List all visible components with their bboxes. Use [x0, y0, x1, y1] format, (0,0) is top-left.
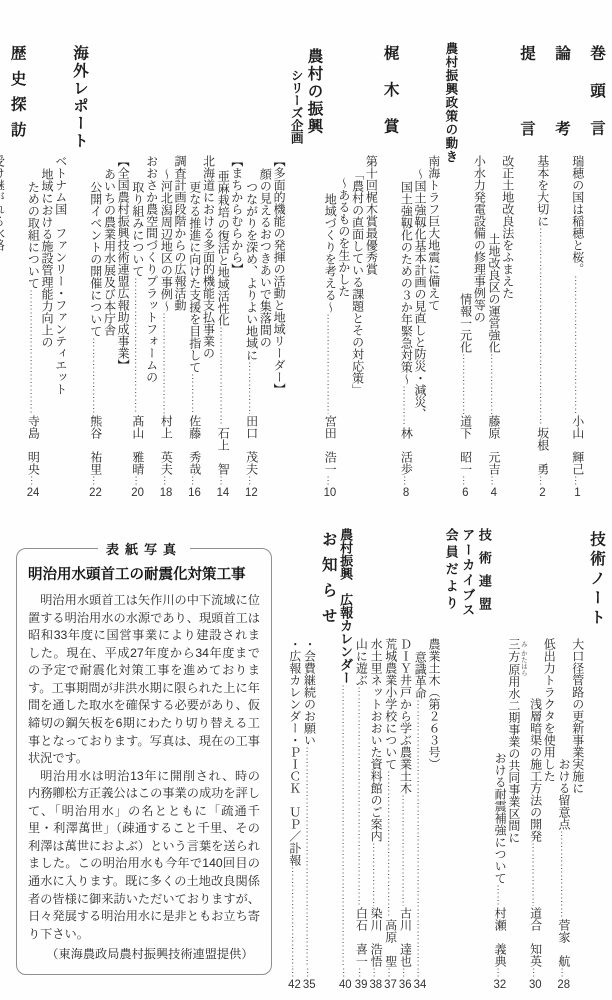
entry-title-text: 農村振興 広報カレンダー — [338, 528, 352, 684]
toc-entry-line: 情報一元化……………………………………………………………………………………………… — [459, 42, 472, 498]
cover-photo-box: 表紙写真 明治用水頭首工の耐震化対策工事 明治用水頭首工は矢作川の中下流域に位置… — [16, 548, 272, 975]
author-name: 白石 喜一 — [355, 907, 368, 967]
entry-title-text: おける留意点 — [557, 758, 570, 830]
section-heading-line: 会員だより — [444, 528, 458, 990]
entry-title-text: ための取組について — [27, 181, 40, 289]
entry-title-text: 低出力トラクタを使用した — [543, 638, 556, 782]
entry-title-text: 水土里ネットおおいた資料館のご案内 — [369, 638, 382, 842]
entry-title-text: 意識革命 — [414, 651, 427, 699]
dot-leader: …………………………………………………………………………………………………………… — [246, 361, 257, 414]
dot-leader: …………………………………………………………………………………………………………… — [400, 385, 411, 426]
toc-entry-line: つながりを深め、よりよい地域に…………………………………………………………………… — [245, 42, 258, 498]
section-heading: 梶木賞 — [381, 42, 397, 498]
page-number: 14 — [217, 487, 229, 499]
dot-separator: … — [90, 475, 102, 486]
author-name: 林 活歩 — [400, 427, 413, 475]
toc-entry-line: 国土強靱化のための３か年緊急対策～……………………………………………………………… — [400, 42, 413, 498]
dot-leader: …………………………………………………………………………………………………………… — [304, 746, 315, 967]
toc-entry: 農村振興 広報カレンダー…………………………………………………………………………… — [338, 528, 352, 990]
entry-title-text: ・会費継続のお願い — [303, 638, 316, 746]
toc-entry: 北海道における多面的機能支払事業の更なる推進に向けた支援を目指して…………………… — [188, 42, 214, 498]
section-heading: 提言 — [518, 42, 534, 498]
toc-entry: 瑞穂の国は稲穂と桜。………………………………………………………………………………… — [571, 42, 584, 498]
toc-entry: 【まちからむらから】亜麻栽培の復活と地域活性化……………………………………………… — [216, 42, 242, 498]
toc-entry-line: 低出力トラクタを使用した — [543, 528, 556, 990]
entry-title-text: 瑞穂の国は稲穂と桜。 — [571, 155, 584, 275]
dot-leader: …………………………………………………………………………………………………………… — [494, 884, 505, 906]
section-heading-line: 巻頭言 — [588, 42, 604, 498]
entry-title-text: ～あるものを生かした — [337, 177, 350, 297]
entry-title-text: ＤＩＹ井戸から学ぶ農業土木 — [399, 638, 412, 794]
cover-photo-title: 明治用水頭首工の耐震化対策工事 — [28, 563, 260, 584]
toc-entry-line: 調査計画段階からの広報活動 — [173, 42, 186, 498]
dot-leader: …………………………………………………………………………………………………………… — [460, 353, 471, 414]
entry-title-text: 地域における施設管理能力向上の — [40, 168, 53, 348]
dot-separator: … — [355, 967, 367, 978]
section-heading-line: シリーズ企画 — [289, 42, 302, 498]
toc-entry-line: 亜麻栽培の復活と地域活性化………………………………………………………………………… — [216, 42, 229, 498]
toc-entry-line: 公開イベントの開催について………………………………………………………………………… — [89, 42, 102, 498]
dot-separator: … — [370, 967, 382, 978]
page-number: 8 — [400, 487, 412, 499]
dot-separator: … — [303, 967, 315, 978]
toc-entry-line: 水土里ネットおおいた資料館のご案内……………………………………………………………… — [369, 528, 382, 990]
entry-title-text: ～河北潟周辺地区の事例～ — [160, 168, 173, 312]
toc-entry-line: おおさか農空間づくりプラットフォームの — [145, 42, 158, 498]
page-number: 12 — [245, 487, 257, 499]
section-heading: 農村の振興シリーズ企画 — [289, 42, 321, 498]
page-number: 35 — [303, 979, 315, 991]
section-heading-line: 農村振興政策の動き — [444, 42, 457, 498]
toc-entry-line: 地域づくりを考える～………………………………………………………………………………… — [323, 42, 336, 498]
dot-leader: …………………………………………………………………………………………………………… — [572, 275, 583, 414]
toc-entry-line: ～河北潟周辺地区の事例～…………………………………………………………………………… — [160, 42, 173, 498]
toc-entry-line: 意識革命………………………………………………………………………………………………… — [414, 528, 427, 990]
author-name: 高原 聖 — [384, 919, 397, 967]
toc-entry-line: 基本を大切に…………………………………………………………………………………………… — [536, 42, 549, 498]
page-number: 36 — [399, 979, 411, 991]
entry-title-text: 【全国農村振興技術連盟広報助成事業】 — [116, 155, 129, 371]
dot-leader: …………………………………………………………………………………………………………… — [189, 373, 200, 414]
entry-title-text: ・広報カレンダー・ＰＩＣＫ ＵＰ／訃報 — [288, 638, 301, 866]
entry-title-text: 【まちからむらから】 — [230, 155, 243, 275]
page-number: 42 — [288, 979, 300, 991]
dot-separator: … — [160, 475, 172, 486]
dot-leader: …………………………………………………………………………………………………………… — [289, 866, 300, 967]
toc-entry-line: ～あるものを生かした — [337, 42, 350, 498]
section-rekishi: 歴史探訪受け継がれる水路～大正用水の歴史～…………………………………………………… — [0, 42, 25, 498]
dot-separator: … — [27, 475, 39, 486]
entry-title-text: おおさか農空間づくりプラットフォームの — [145, 155, 158, 383]
toc-entry-line: 山に遊ぶ………………………………………………………………………………………………… — [355, 528, 368, 990]
section-heading-line: 農村の振興 — [305, 42, 321, 498]
page-number: 32 — [494, 979, 506, 991]
dot-separator: … — [400, 475, 412, 486]
section-heading: 歴史探訪 — [8, 42, 24, 498]
page-number: 38 — [370, 979, 382, 991]
author-name: 菅家 航 — [557, 919, 570, 967]
toc-entry: ベトナム国 ファンリー・ファンティエット地域における施設管理能力向上のための取組… — [27, 42, 67, 498]
section-heading: 技術ノート — [588, 528, 604, 990]
dot-separator: … — [529, 967, 541, 978]
toc-entry: おおさか農空間づくりプラットフォームの取り組みについて…………………………………… — [131, 42, 157, 498]
toc-entry-line: おける耐震補強について……………………………………………………………………………… — [493, 528, 506, 990]
entry-title-text: 南海トラフ巨大地震に備えて — [427, 155, 440, 311]
section-heading-line: 海外レポート — [71, 42, 87, 498]
dot-separator: … — [289, 967, 301, 978]
toc-entry-line: ・広報カレンダー・ＰＩＣＫ ＵＰ／訃報………………………………………………………… — [288, 528, 301, 990]
entry-title-text: つながりを深め、よりよい地域に — [245, 181, 258, 361]
section-koho-calendar: 農村振興 広報カレンダー…………………………………………………………………………… — [336, 528, 352, 990]
dot-separator: … — [494, 967, 506, 978]
toc-entry: 山に遊ぶ………………………………………………………………………………………………… — [355, 528, 368, 990]
entry-title-text: おける耐震補強について — [493, 752, 506, 884]
entry-title-text: ～国土強靱化基本計画の見直しと防災・減災、 — [413, 168, 426, 420]
dot-separator: … — [488, 475, 500, 486]
dot-separator: … — [217, 475, 229, 486]
cover-photo-paragraph: 明治用水は明治13年に開削され、時の内務卿松方正義公はこの事業の成功を評して、「… — [28, 768, 260, 944]
dot-separator: … — [558, 967, 570, 978]
cover-photo-paragraph: 明治用水頭首工は矢作川の中下流域に位置する明治用水の水源であり、現頭首工は昭和3… — [28, 592, 260, 768]
entry-title-text: 荒城農業小学校について — [384, 638, 397, 770]
entry-title-text: 第十回梶木賞最優秀賞 — [365, 155, 378, 275]
dot-separator: … — [414, 967, 426, 978]
toc-entry-line: 【まちからむらから】 — [230, 42, 243, 498]
author-name: 村瀬 義典 — [493, 907, 506, 967]
entry-title-text: 調査計画段階からの広報活動 — [173, 155, 186, 311]
section-kaigai: 海外レポートベトナム国 ファンリー・ファンティエット地域における施設管理能力向上… — [25, 42, 87, 498]
section-heading: 論考 — [553, 42, 569, 498]
dot-leader: …………………………………………………………………………………………………………… — [370, 842, 381, 906]
entry-title-text: 大口径管路の更新事業実施に — [571, 638, 584, 794]
author-name: 熊谷 祐里 — [89, 415, 102, 475]
dot-leader: …………………………………………………………………………………………………………… — [414, 699, 425, 967]
section-renmei-archives: 技術連盟アーカイブス会員だより農業土木（第２６３号）意識革命…………………………… — [353, 528, 491, 990]
page-number: 39 — [355, 979, 367, 991]
entry-title-text: 基本を大切に — [536, 155, 549, 227]
entry-title-text: 改正土地改良法をふまえた — [501, 155, 514, 299]
toc-entry-line: 【全国農村振興技術連盟広報助成事業】 — [116, 42, 129, 498]
dot-leader: …………………………………………………………………………………………………………… — [558, 830, 569, 918]
author-name: 染川 浩悟 — [369, 907, 382, 967]
section-heading: 海外レポート — [71, 42, 87, 498]
toc-entry: 水土里ネットおおいた資料館のご案内……………………………………………………………… — [369, 528, 382, 990]
entry-title-text: 土地改良区の運営強化 — [487, 233, 500, 353]
toc-entry: 第十回梶木賞最優秀賞「農村の直面している課題とその対応策」～あるものを生かした地… — [323, 42, 377, 498]
dot-separator: … — [572, 475, 584, 486]
section-oshirase: お知らせ・会費継続のお願い………………………………………………………………………… — [286, 528, 336, 990]
entry-title-text: 北海道における多面的機能支払事業の — [202, 155, 215, 359]
dot-leader: …………………………………………………………………………………………………………… — [90, 337, 101, 414]
toc-entry-line: 「農村の直面している課題とその対応策」 — [351, 42, 364, 498]
dot-separator: … — [537, 475, 549, 486]
toc-entry-line: 第十回梶木賞最優秀賞 — [365, 42, 378, 498]
entry-title-text: 浅層暗渠の施工方法の開発 — [529, 698, 542, 842]
entry-title-text: 三み方かた原はら用水二期事業の共同事業区間に — [507, 638, 527, 844]
page-number: 40 — [339, 979, 351, 991]
page-number: 4 — [488, 487, 500, 499]
toc-entry: 【全国農村振興技術連盟広報助成事業】あいちの農業用水展及び本庁舎公開イベントの開… — [89, 42, 129, 498]
section-kantogen: 巻頭言瑞穂の国は稲穂と桜。………………………………………………………………………… — [569, 42, 604, 498]
entry-title-text: 山に遊ぶ — [355, 638, 368, 686]
toc-entry: 荒城農業小学校について……………………………………………………………………………… — [384, 528, 397, 990]
author-name: 佐藤 秀哉 — [188, 415, 201, 475]
toc-entry-line: 更なる推進に向けた支援を目指して………………………………………………………………… — [188, 42, 201, 498]
toc-entry: 小水力発電設備の修理事例等の情報一元化………………………………………………………… — [459, 42, 485, 498]
toc-entry-line: 農業土木（第２６３号） — [427, 528, 440, 990]
section-heading-line: 提言 — [518, 42, 534, 498]
toc-entry-line: 瑞穂の国は稲穂と桜。………………………………………………………………………………… — [571, 42, 584, 498]
author-name: 村上 英夫 — [160, 415, 173, 475]
section-seisaku: 農村振興政策の動き南海トラフ巨大地震に備えて～国土強靱化基本計画の見直しと防災・… — [398, 42, 457, 498]
toc-entry: 調査計画段階からの広報活動～河北潟周辺地区の事例～………………………………………… — [160, 42, 186, 498]
entry-title-text: ベトナム国 ファンリー・ファンティエット — [54, 155, 67, 395]
toc-entry-line: 農村振興 広報カレンダー…………………………………………………………………………… — [338, 528, 352, 990]
dot-separator: … — [324, 475, 336, 486]
toc-entry: 改正土地改良法をふまえた土地改良区の運営強化………………………………………………… — [487, 42, 513, 498]
entry-title-text: 小水力発電設備の修理事例等の — [473, 155, 486, 323]
entry-title-text: 更なる推進に向けた支援を目指して — [188, 181, 201, 373]
section-heading-line: 歴史探訪 — [8, 42, 24, 498]
toc-entry-line: 改正土地改良法をふまえた — [501, 42, 514, 498]
entry-title-text: 地域づくりを考える～ — [323, 193, 336, 313]
page-number: 1 — [571, 487, 583, 499]
toc-entry-line: ための取組について…………………………………………………………………………………… — [27, 42, 40, 498]
entry-title-text: 情報一元化 — [459, 293, 472, 353]
toc-entry-line: おける留意点…………………………………………………………………………………………… — [557, 528, 570, 990]
page-number: 18 — [160, 487, 172, 499]
entry-title-text: 公開イベントの開催について — [89, 181, 102, 337]
dot-separator: … — [385, 967, 397, 978]
toc-entry-line: ベトナム国 ファンリー・ファンティエット — [54, 42, 67, 498]
dot-separator: … — [245, 475, 257, 486]
entry-title-text: あいちの農業用水展及び本庁舎 — [103, 168, 116, 336]
section-ronko: 論考基本を大切に……………………………………………………………………………………… — [534, 42, 569, 498]
toc-entry-line: ＤＩＹ井戸から学ぶ農業土木………………………………………………………………………… — [399, 528, 412, 990]
dot-leader: …………………………………………………………………………………………………………… — [160, 312, 171, 414]
toc-entry: 三み方かた原はら用水二期事業の共同事業区間における耐震補強について…………………… — [493, 528, 526, 990]
page-number: 16 — [188, 487, 200, 499]
dot-leader: …………………………………………………………………………………………………………… — [217, 326, 228, 426]
entry-title-text: 国土強靱化のための３か年緊急対策～ — [400, 181, 413, 385]
page-number: 28 — [558, 979, 570, 991]
toc-entry: 【多面的機能の発揮の活動と地域リーダー】顔の見えるおつきあいで集落間のつながりを… — [245, 42, 285, 498]
section-heading-line: 技術連盟 — [477, 528, 491, 990]
author-name: 田口 茂夫 — [245, 415, 258, 475]
author-name: 宮田 浩一 — [323, 415, 336, 475]
section-gijutsu-note: 技術ノート大口径管路の更新事業実施における留意点…………………………………………… — [491, 528, 604, 990]
dot-leader: …………………………………………………………………………………………………………… — [400, 794, 411, 906]
toc-entry: 大口径管路の更新事業実施における留意点………………………………………………………… — [557, 528, 583, 990]
dot-separator: … — [459, 475, 471, 486]
page-number: 30 — [529, 979, 541, 991]
toc-entry: 受け継がれる水路～大正用水の歴史～……………………………………………………………… — [0, 42, 4, 498]
dot-leader: …………………………………………………………………………………………………………… — [132, 277, 143, 414]
toc-entry-line: 地域における施設管理能力向上の — [40, 42, 53, 498]
toc-entry-line: 取り組みについて……………………………………………………………………………………… — [131, 42, 144, 498]
author-name: 坂根 勇 — [536, 427, 549, 475]
dot-leader: …………………………………………………………………………………………………………… — [530, 842, 541, 906]
dot-leader: …………………………………………………………………………………………………………… — [340, 684, 351, 967]
toc-entry-line: 大口径管路の更新事業実施に — [571, 528, 584, 990]
toc-entry-line: 小水力発電設備の修理事例等の — [473, 42, 486, 498]
section-heading: 技術連盟アーカイブス会員だより — [444, 528, 491, 990]
section-heading: 農村振興政策の動き — [444, 42, 457, 498]
toc-entry-line: 【多面的機能の発揮の活動と地域リーダー】 — [272, 42, 285, 498]
author-name: 小山 輝己 — [571, 415, 584, 475]
entry-title-text: 受け継がれる水路 — [0, 155, 4, 251]
toc-entry-line: ～国土強靱化基本計画の見直しと防災・減災、 — [413, 42, 426, 498]
toc-entry-line: 受け継がれる水路 — [0, 42, 4, 498]
toc-entry-line: 土地改良区の運営強化………………………………………………………………………………… — [487, 42, 500, 498]
section-heading: お知らせ — [319, 528, 335, 990]
author-name: 藤原 元吉 — [487, 415, 500, 475]
toc-entry: ・広報カレンダー・ＰＩＣＫ ＵＰ／訃報………………………………………………………… — [288, 528, 301, 990]
page-number: 20 — [131, 487, 143, 499]
dot-leader: …………………………………………………………………………………………………………… — [324, 313, 335, 414]
toc-entry-line: 顔の見えるおつきあいで集落間の — [259, 42, 272, 498]
toc-entry-line: 荒城農業小学校について……………………………………………………………………………… — [384, 528, 397, 990]
dot-leader: …………………………………………………………………………………………………………… — [385, 770, 396, 918]
author-name: 道合 知英 — [529, 907, 542, 967]
toc-entry-line: 浅層暗渠の施工方法の開発…………………………………………………………………………… — [529, 528, 542, 990]
entry-title-text: 農業土木（第２６３号） — [427, 638, 440, 770]
toc-upper-block: 巻頭言瑞穂の国は稲穂と桜。………………………………………………………………………… — [4, 42, 604, 498]
dot-leader: …………………………………………………………………………………………………………… — [355, 686, 366, 906]
dot-separator: … — [339, 967, 351, 978]
entry-title-text: 亜麻栽培の復活と地域活性化 — [216, 170, 229, 326]
entry-title-text: 【多面的機能の発揮の活動と地域リーダー】 — [272, 155, 285, 395]
toc-lower-block: 技術ノート大口径管路の更新事業実施における留意点…………………………………………… — [286, 528, 604, 990]
section-teigen: 提言改正土地改良法をふまえた土地改良区の運営強化…………………………………………… — [457, 42, 534, 498]
dot-separator: … — [132, 475, 144, 486]
toc-entry-line: 三み方かた原はら用水二期事業の共同事業区間に — [507, 528, 527, 990]
dot-leader: …………………………………………………………………………………………………………… — [27, 289, 38, 414]
toc-entry-line: 南海トラフ巨大地震に備えて — [427, 42, 440, 498]
page-number: 10 — [324, 487, 336, 499]
entry-title-text: 顔の見えるおつきあいで集落間の — [259, 168, 272, 348]
dot-separator: … — [399, 967, 411, 978]
section-heading-line: アーカイブス — [461, 528, 475, 990]
author-name: 石上 智 — [216, 427, 229, 475]
entry-title-text: 取り組みについて — [131, 181, 144, 277]
toc-entry: ＤＩＹ井戸から学ぶ農業土木………………………………………………………………………… — [399, 528, 412, 990]
cover-photo-legend: 表紙写真 — [98, 539, 190, 558]
section-kajiki: 梶木賞第十回梶木賞最優秀賞「農村の直面している課題とその対応策」～あるものを生か… — [321, 42, 397, 498]
cover-photo-credit: （東海農政局農村振興技術連盟提供） — [28, 945, 260, 963]
toc-entry-line: ・会費継続のお願い…………………………………………………………………………………… — [303, 528, 316, 990]
toc-entry-line: あいちの農業用水展及び本庁舎 — [103, 42, 116, 498]
toc-entry-line: 北海道における多面的機能支払事業の — [202, 42, 215, 498]
section-heading-line: 技術ノート — [588, 528, 604, 990]
author-name: 寺島 明央 — [27, 415, 40, 475]
toc-entry: 農業土木（第２６３号）意識革命…………………………………………………………………… — [414, 528, 440, 990]
page-number: 24 — [27, 487, 39, 499]
toc-entry: 基本を大切に…………………………………………………………………………………………… — [536, 42, 549, 498]
section-heading-line: 論考 — [553, 42, 569, 498]
section-heading-line: 梶木賞 — [381, 42, 397, 498]
author-name: 髙山 雅晴 — [131, 415, 144, 475]
author-name: 古川 達也 — [399, 907, 412, 967]
entry-title-text: 「農村の直面している課題とその対応策」 — [351, 168, 364, 396]
page-number: 37 — [384, 979, 396, 991]
toc-entry: 南海トラフ巨大地震に備えて～国土強靱化基本計画の見直しと防災・減災、国土強靱化の… — [400, 42, 440, 498]
section-series: 農村の振興シリーズ企画【多面的機能の発揮の活動と地域リーダー】顔の見えるおつきあ… — [87, 42, 321, 498]
section-heading-line: お知らせ — [319, 528, 335, 990]
page-number: 22 — [89, 487, 101, 499]
dot-leader: …………………………………………………………………………………………………………… — [537, 227, 548, 426]
page-number: 34 — [414, 979, 426, 991]
author-name: 道下 昭一 — [459, 415, 472, 475]
dot-leader: …………………………………………………………………………………………………………… — [488, 353, 499, 414]
page-number: 2 — [536, 487, 548, 499]
toc-entry: ・会費継続のお願い…………………………………………………………………………………… — [303, 528, 316, 990]
page-number: 6 — [459, 487, 471, 499]
toc-entry: 低出力トラクタを使用した浅層暗渠の施工方法の開発…………………………………………… — [529, 528, 555, 990]
dot-separator: … — [189, 475, 201, 486]
section-heading: 巻頭言 — [588, 42, 604, 498]
